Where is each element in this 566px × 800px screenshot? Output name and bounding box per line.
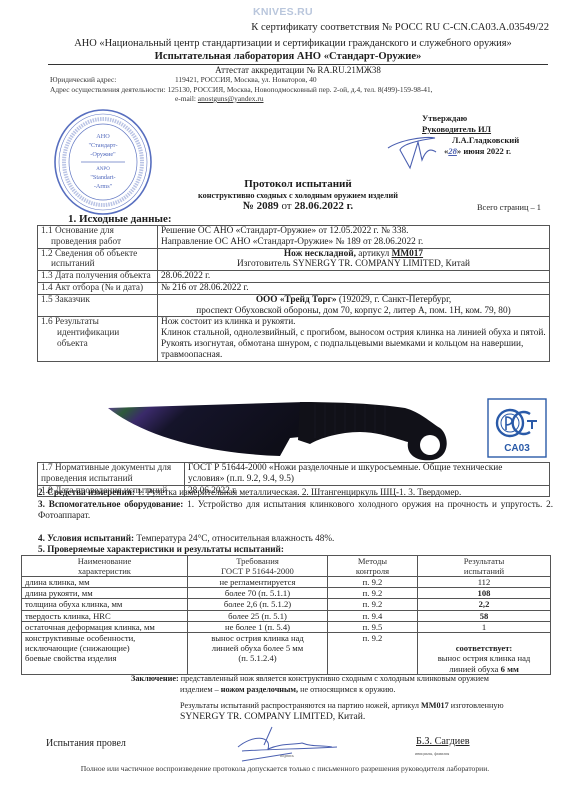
cell-method: п. 9.2 (328, 599, 418, 610)
section4-test-conditions: 4. Условия испытаний: Температура 24°С, … (38, 533, 553, 544)
section1-title: 1. Исходные данные: (68, 213, 172, 225)
table-row: 1.3 Дата получения объекта 28.06.2022 г. (38, 271, 550, 283)
section3-auxiliary-equipment: 3. Вспомогательное оборудование: 1. Устр… (38, 499, 553, 521)
section2-measurement-tools: 2. Средства измерения: 1. Рулетка измери… (38, 487, 553, 498)
organization-name: АНО «Национальный центр стандартизации и… (0, 38, 566, 49)
conclusion-scope: Результаты испытаний распространяются на… (180, 700, 560, 722)
email-label: e-mail: (175, 94, 196, 103)
table-row: 1.4 Акт отбора (№ и дата) № 216 от 28.06… (38, 282, 550, 294)
results-header-row: Наименованиехарактеристик ТребованияГОСТ… (22, 556, 551, 577)
table-row: конструктивные особенности,исключающие (… (22, 633, 551, 675)
activity-address-label: Адрес осуществления деятельности: (50, 85, 166, 94)
cell-name: остаточная деформация клинка, мм (22, 621, 188, 632)
cell-req: более 2,6 (п. 5.1.2) (188, 599, 328, 610)
email-link[interactable]: anostguns@yandex.ru (198, 94, 264, 103)
cell-req: более 25 (п. 5.1) (188, 610, 328, 621)
table-row: 1.7 Нормативные документы дляпроведения … (38, 463, 550, 486)
svg-text:-Оружие": -Оружие" (90, 151, 116, 158)
header-methods: Методыконтроля (328, 556, 418, 577)
cell-name: твердость клинка, HRC (22, 610, 188, 621)
table-row: 1.5 Заказчик ООО «Трейд Торг» (192029, г… (38, 294, 550, 317)
cell-req: более 70 (п. 5.1.1) (188, 588, 328, 599)
protocol-subtitle: конструктивно сходных с холодным оружием… (0, 191, 566, 200)
legal-address: 119421, РОССИЯ, Москва, ул. Новаторов, 4… (175, 75, 317, 84)
activity-address: 125130, РОССИЯ, Москва, Новоподмосковный… (168, 85, 433, 94)
page-count: Всего страниц – 1 (477, 203, 541, 212)
cell-method: п. 9.2 (328, 588, 418, 599)
tested-by-label: Испытания провел (46, 738, 126, 749)
svg-text:"Стандарт-: "Стандарт- (88, 142, 117, 149)
svg-text:ANPO: ANPO (96, 167, 110, 172)
certificate-reference: К сертификату соответствия № РОСС RU C-C… (251, 22, 549, 33)
protocol-title: Протокол испытаний (0, 178, 566, 190)
signature-caption: подпись (280, 753, 294, 758)
cell-req: не регламентируется (188, 577, 328, 588)
cell-method: п. 9.4 (328, 610, 418, 621)
conclusion: Заключение: представленный нож является … (131, 673, 551, 695)
cell-result: 58 (418, 610, 551, 621)
approval-line1: Утверждаю (422, 113, 519, 124)
signer-name: Б.З. Сагдиев (416, 736, 470, 747)
cell-method: п. 9.5 (328, 621, 418, 632)
cell-name: толщина обуха клинка, мм (22, 599, 188, 610)
table-row: длина рукояти, ммболее 70 (п. 5.1.1)п. 9… (22, 588, 551, 599)
cell-result: 1 (418, 621, 551, 632)
certification-mark-code: CA03 (504, 443, 530, 454)
knife-photo (100, 396, 470, 466)
accreditation: Аттестат аккредитации № RA.RU.21МЖ38 (0, 65, 566, 75)
cell-method: п. 9.2 (328, 577, 418, 588)
cell-name: длина рукояти, мм (22, 588, 188, 599)
cell-result: 112 (418, 577, 551, 588)
table-row: 1.6 Результатыидентификацииобъекта Нож с… (38, 317, 550, 361)
approver-signature-icon (380, 130, 450, 170)
legal-address-label: Юридический адрес: (50, 75, 175, 85)
cell-name: длина клинка, мм (22, 577, 188, 588)
table-row: остаточная деформация клинка, ммне более… (22, 621, 551, 632)
laboratory-name: Испытательная лаборатория АНО «Стандарт-… (0, 51, 566, 62)
signer-caption: инициалы, фамилия (415, 751, 449, 756)
watermark: KNIVES.RU (0, 6, 566, 18)
source-data-table: 1.1 Основание дляпроведения работ Решени… (37, 225, 550, 362)
svg-text:АНО: АНО (96, 133, 110, 140)
header-requirements: ТребованияГОСТ Р 51644-2000 (188, 556, 328, 577)
cell-req: не более 1 (п. 5.4) (188, 621, 328, 632)
header-characteristic: Наименованиехарактеристик (22, 556, 188, 577)
certification-mark-icon: CA03 (486, 397, 548, 459)
table-row: длина клинка, ммне регламентируетсяп. 9.… (22, 577, 551, 588)
table-row: 1.2 Сведения об объектеиспытаний Нож нес… (38, 248, 550, 271)
header-results: Результатыиспытаний (418, 556, 551, 577)
table-row: 1.1 Основание дляпроведения работ Решени… (38, 226, 550, 249)
footer-notice: Полное или частичное воспроизведение про… (0, 764, 566, 773)
section5-title: 5. Проверяемые характеристики и результа… (38, 544, 553, 555)
results-table: Наименованиехарактеристик ТребованияГОСТ… (21, 555, 551, 675)
addresses: Юридический адрес:119421, РОССИЯ, Москва… (50, 75, 433, 104)
table-row: толщина обуха клинка, ммболее 2,6 (п. 5.… (22, 599, 551, 610)
cell-result: 2,2 (418, 599, 551, 610)
cell-result: 108 (418, 588, 551, 599)
table-row: твердость клинка, HRCболее 25 (п. 5.1)п.… (22, 610, 551, 621)
tester-signature-icon (232, 725, 342, 765)
